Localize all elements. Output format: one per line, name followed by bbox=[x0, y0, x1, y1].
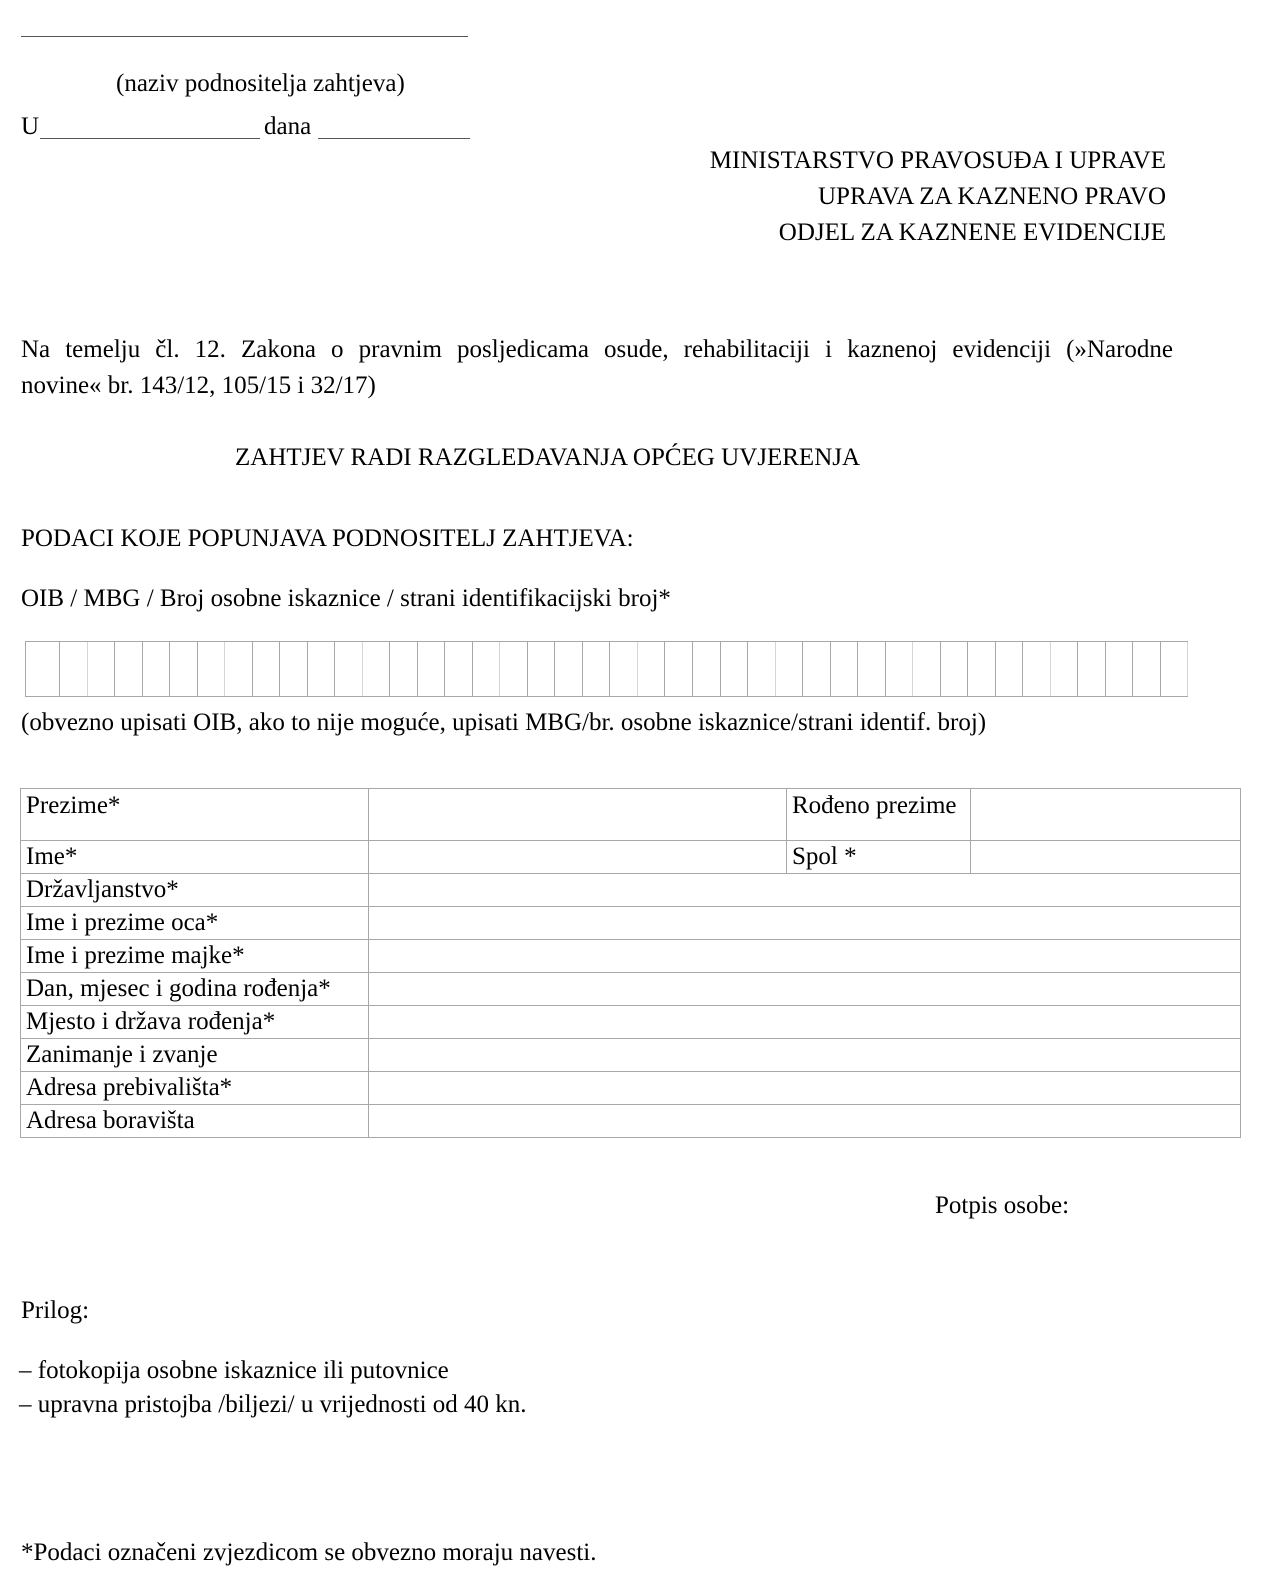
oib-digit-cell[interactable] bbox=[665, 642, 693, 696]
oib-digit-cell[interactable] bbox=[721, 642, 749, 696]
oib-digit-cell[interactable] bbox=[418, 642, 446, 696]
document-title: ZAHTJEV RADI RAZGLEDAVANJA OPĆEG UVJEREN… bbox=[235, 445, 860, 470]
recipient-ministry: MINISTARSTVO PRAVOSUĐA I UPRAVE bbox=[710, 148, 1166, 173]
oib-input-grid[interactable] bbox=[25, 641, 1188, 697]
oib-digit-cell[interactable] bbox=[308, 642, 336, 696]
date-label: dana bbox=[264, 114, 311, 139]
oib-digit-cell[interactable] bbox=[803, 642, 831, 696]
oib-digit-cell[interactable] bbox=[253, 642, 281, 696]
oib-digit-cell[interactable] bbox=[583, 642, 611, 696]
oib-digit-cell[interactable] bbox=[913, 642, 941, 696]
field-input[interactable] bbox=[369, 1006, 1241, 1039]
table-row: Dan, mjesec i godina rođenja* bbox=[21, 973, 1241, 1006]
table-row: Adresa boravišta bbox=[21, 1105, 1241, 1138]
table-row: Zanimanje i zvanje bbox=[21, 1039, 1241, 1072]
oib-digit-cell[interactable] bbox=[968, 642, 996, 696]
oib-digit-cell[interactable] bbox=[60, 642, 88, 696]
oib-digit-cell[interactable] bbox=[1023, 642, 1051, 696]
oib-digit-cell[interactable] bbox=[26, 642, 60, 696]
oib-digit-cell[interactable] bbox=[335, 642, 363, 696]
oib-digit-cell[interactable] bbox=[555, 642, 583, 696]
table-row-surname: Prezime* Rođeno prezime bbox=[21, 789, 1241, 841]
oib-digit-cell[interactable] bbox=[1106, 642, 1134, 696]
oib-digit-cell[interactable] bbox=[170, 642, 198, 696]
oib-digit-cell[interactable] bbox=[1133, 642, 1161, 696]
oib-digit-cell[interactable] bbox=[88, 642, 116, 696]
oib-digit-cell[interactable] bbox=[528, 642, 556, 696]
attachments-heading: Prilog: bbox=[21, 1298, 89, 1323]
oib-digit-cell[interactable] bbox=[225, 642, 253, 696]
field-label: Zanimanje i zvanje bbox=[21, 1039, 369, 1072]
oib-digit-cell[interactable] bbox=[280, 642, 308, 696]
oib-digit-cell[interactable] bbox=[473, 642, 501, 696]
field-input[interactable] bbox=[369, 874, 1241, 907]
table-row: Ime i prezime oca* bbox=[21, 907, 1241, 940]
birth-surname-label: Rođeno prezime bbox=[787, 789, 971, 841]
section-heading: PODACI KOJE POPUNJAVA PODNOSITELJ ZAHTJE… bbox=[21, 526, 634, 551]
place-field-line[interactable] bbox=[40, 138, 260, 139]
applicant-name-line[interactable] bbox=[21, 36, 468, 37]
field-label: Mjesto i država rođenja* bbox=[21, 1006, 369, 1039]
field-label: Dan, mjesec i godina rođenja* bbox=[21, 973, 369, 1006]
field-label: Adresa prebivališta* bbox=[21, 1072, 369, 1105]
personal-data-table: Prezime* Rođeno prezime Ime* Spol * Drža… bbox=[20, 788, 1241, 1138]
applicant-name-caption: (naziv podnositelja zahtjeva) bbox=[116, 71, 405, 96]
surname-label: Prezime* bbox=[21, 789, 369, 841]
field-input[interactable] bbox=[369, 1039, 1241, 1072]
table-row-name: Ime* Spol * bbox=[21, 841, 1241, 874]
field-input[interactable] bbox=[369, 940, 1241, 973]
table-row: Adresa prebivališta* bbox=[21, 1072, 1241, 1105]
field-label: Adresa boravišta bbox=[21, 1105, 369, 1138]
field-label: Ime i prezime oca* bbox=[21, 907, 369, 940]
oib-digit-cell[interactable] bbox=[776, 642, 804, 696]
oib-digit-cell[interactable] bbox=[500, 642, 528, 696]
id-field-label: OIB / MBG / Broj osobne iskaznice / stra… bbox=[21, 586, 671, 611]
oib-digit-cell[interactable] bbox=[996, 642, 1024, 696]
attachment-item: – fotokopija osobne iskaznice ili putovn… bbox=[19, 1358, 449, 1383]
birth-surname-input[interactable] bbox=[971, 789, 1241, 841]
table-row: Državljanstvo* bbox=[21, 874, 1241, 907]
oib-digit-cell[interactable] bbox=[831, 642, 859, 696]
oib-digit-cell[interactable] bbox=[1051, 642, 1079, 696]
signature-label: Potpis osobe: bbox=[935, 1193, 1069, 1218]
name-input[interactable] bbox=[369, 841, 787, 874]
sex-label: Spol * bbox=[787, 841, 971, 874]
recipient-department: ODJEL ZA KAZNENE EVIDENCIJE bbox=[779, 220, 1166, 245]
oib-digit-cell[interactable] bbox=[143, 642, 171, 696]
surname-input[interactable] bbox=[369, 789, 787, 841]
footnote: *Podaci označeni zvjezdicom se obvezno m… bbox=[21, 1540, 597, 1565]
sex-input[interactable] bbox=[971, 841, 1241, 874]
field-input[interactable] bbox=[369, 1072, 1241, 1105]
oib-digit-cell[interactable] bbox=[886, 642, 914, 696]
attachment-item: – upravna pristojba /biljezi/ u vrijedno… bbox=[19, 1392, 527, 1417]
oib-digit-cell[interactable] bbox=[610, 642, 638, 696]
oib-digit-cell[interactable] bbox=[363, 642, 391, 696]
name-label: Ime* bbox=[21, 841, 369, 874]
date-field-line[interactable] bbox=[318, 138, 470, 139]
field-label: Državljanstvo* bbox=[21, 874, 369, 907]
oib-digit-cell[interactable] bbox=[115, 642, 143, 696]
oib-digit-cell[interactable] bbox=[445, 642, 473, 696]
oib-digit-cell[interactable] bbox=[1161, 642, 1189, 696]
legal-basis-line-2: novine« br. 143/12, 105/15 i 32/17) bbox=[21, 373, 376, 398]
id-field-note: (obvezno upisati OIB, ako to nije moguće… bbox=[21, 710, 986, 735]
recipient-directorate: UPRAVA ZA KAZNENO PRAVO bbox=[818, 184, 1166, 209]
place-label: U bbox=[21, 114, 39, 139]
oib-digit-cell[interactable] bbox=[1078, 642, 1106, 696]
field-input[interactable] bbox=[369, 1105, 1241, 1138]
oib-digit-cell[interactable] bbox=[198, 642, 226, 696]
oib-digit-cell[interactable] bbox=[748, 642, 776, 696]
legal-basis-line-1: Na temelju čl. 12. Zakona o pravnim posl… bbox=[21, 337, 1173, 362]
oib-digit-cell[interactable] bbox=[638, 642, 666, 696]
table-row: Mjesto i država rođenja* bbox=[21, 1006, 1241, 1039]
field-input[interactable] bbox=[369, 973, 1241, 1006]
field-label: Ime i prezime majke* bbox=[21, 940, 369, 973]
oib-digit-cell[interactable] bbox=[941, 642, 969, 696]
table-row: Ime i prezime majke* bbox=[21, 940, 1241, 973]
oib-digit-cell[interactable] bbox=[858, 642, 886, 696]
oib-digit-cell[interactable] bbox=[390, 642, 418, 696]
field-input[interactable] bbox=[369, 907, 1241, 940]
oib-digit-cell[interactable] bbox=[693, 642, 721, 696]
